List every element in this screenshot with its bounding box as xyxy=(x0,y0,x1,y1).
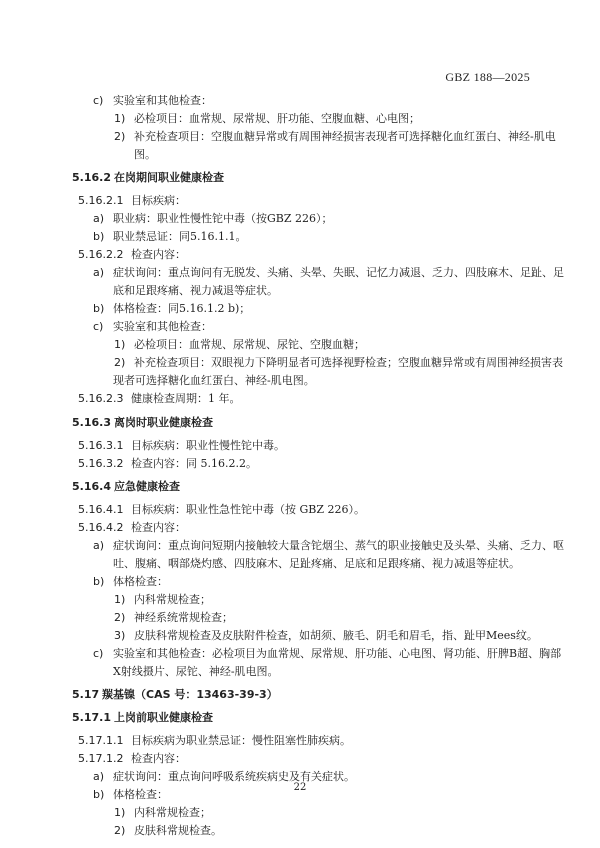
clause-number: 5.17.1.1 xyxy=(78,732,131,750)
clause-text: 健康检查周期：1 年。 xyxy=(131,392,241,405)
clause-text: 吐、腹痛、咽部烧灼感、四肢麻木、足趾疼痛、足底和足跟疼痛、视力减退等症状。 xyxy=(113,557,520,570)
clause-number: 5.16.2.2 xyxy=(78,246,131,264)
clause-text: 补充检查项目：双眼视力下降明显者可选择视野检查；空腹血糖异常或有周围神经损害表 xyxy=(134,356,563,369)
clause-number: c) xyxy=(93,318,113,336)
clause-text: 检查内容：同 5.16.2.2。 xyxy=(131,457,257,470)
text-line: 2)补充检查项目：空腹血糖异常或有周围神经损害表现者可选择糖化血红蛋白、神经-肌… xyxy=(114,128,556,146)
clause-number: c) xyxy=(93,92,113,110)
text-line: 2)皮肤科常规检查。 xyxy=(114,822,222,840)
clause-text: 目标疾病为职业禁忌证：慢性阻塞性肺疾病。 xyxy=(131,734,351,747)
clause-text: 补充检查项目：空腹血糖异常或有周围神经损害表现者可选择糖化血红蛋白、神经-肌电 xyxy=(134,130,556,143)
text-line: 5.16.3.1目标疾病：职业性慢性铊中毒。 xyxy=(78,437,285,455)
clause-number: b) xyxy=(93,228,113,246)
text-line: 现者可选择糖化血红蛋白、神经-肌电图。 xyxy=(113,372,315,390)
clause-number: 2) xyxy=(114,822,134,840)
clause-number: a) xyxy=(93,537,113,555)
clause-text: 羰基镍（CAS 号：13463-39-3） xyxy=(102,688,278,701)
page-number: 22 xyxy=(0,782,600,793)
clause-text: 职业禁忌证：同5.16.1.1。 xyxy=(113,230,246,243)
text-line: 3)皮肤科常规检查及皮肤附件检查，如胡须、腋毛、阴毛和眉毛，指、趾甲Mees纹。 xyxy=(114,627,538,645)
clause-number: 5.16.4 xyxy=(72,478,114,496)
clause-text: 实验室和其他检查： xyxy=(113,94,212,107)
clause-text: 体格检查： xyxy=(113,575,168,588)
clause-text: 神经系统常规检查； xyxy=(134,611,233,624)
text-line: a)症状询问：重点询问短期内接触较大量含铊烟尘、蒸气的职业接触史及头晕、头痛、乏… xyxy=(93,537,564,555)
text-line: 1)内科常规检查； xyxy=(114,591,211,609)
text-line: 2)补充检查项目：双眼视力下降明显者可选择视野检查；空腹血糖异常或有周围神经损害… xyxy=(114,354,563,372)
text-line: c)实验室和其他检查： xyxy=(93,318,212,336)
clause-number: 3) xyxy=(114,627,134,645)
clause-text: 体格检查：同5.16.1.2 b)； xyxy=(113,302,250,315)
clause-text: 检查内容： xyxy=(131,752,186,765)
section-heading: 5.16.2在岗期间职业健康检查 xyxy=(72,169,224,187)
clause-number: 2) xyxy=(114,128,134,146)
clause-number: 1) xyxy=(114,591,134,609)
clause-text: 在岗期间职业健康检查 xyxy=(114,171,224,184)
clause-text: 皮肤科常规检查及皮肤附件检查，如胡须、腋毛、阴毛和眉毛，指、趾甲Mees纹。 xyxy=(134,629,538,642)
clause-text: 图。 xyxy=(134,148,156,161)
clause-number: 5.16.3.2 xyxy=(78,455,131,473)
text-line: 1)必检项目：血常规、尿常规、肝功能、空腹血糖、心电图； xyxy=(114,110,420,128)
clause-text: 皮肤科常规检查。 xyxy=(134,824,222,837)
clause-number: 5.16.3 xyxy=(72,414,114,432)
clause-text: 目标疾病： xyxy=(131,194,186,207)
clause-text: 职业病：职业性慢性铊中毒（按GBZ 226）； xyxy=(113,212,333,225)
clause-text: 检查内容： xyxy=(131,521,186,534)
text-line: 2)神经系统常规检查； xyxy=(114,609,233,627)
clause-text: 目标疾病：职业性急性铊中毒（按 GBZ 226）。 xyxy=(131,503,365,516)
text-line: 5.17.1.1目标疾病为职业禁忌证：慢性阻塞性肺疾病。 xyxy=(78,732,351,750)
text-line: 图。 xyxy=(134,146,156,164)
clause-number: 1) xyxy=(114,804,134,822)
clause-number: 5.17.1 xyxy=(72,709,114,727)
text-line: 吐、腹痛、咽部烧灼感、四肢麻木、足趾疼痛、足底和足跟疼痛、视力减退等症状。 xyxy=(113,555,520,573)
clause-text: 实验室和其他检查：必检项目为血常规、尿常规、肝功能、心电图、肾功能、肝脾B超、胸… xyxy=(113,647,561,660)
text-line: X射线摄片、尿铊、神经-肌电图。 xyxy=(113,663,279,681)
text-line: b)体格检查： xyxy=(93,573,168,591)
text-line: c)实验室和其他检查： xyxy=(93,92,212,110)
text-line: 5.16.2.2检查内容： xyxy=(78,246,186,264)
clause-number: 2) xyxy=(114,354,134,372)
text-line: a)职业病：职业性慢性铊中毒（按GBZ 226）； xyxy=(93,210,333,228)
clause-number: 1) xyxy=(114,110,134,128)
clause-number: 5.16.3.1 xyxy=(78,437,131,455)
text-line: b)体格检查：同5.16.1.2 b)； xyxy=(93,300,250,318)
clause-text: 离岗时职业健康检查 xyxy=(114,416,213,429)
clause-text: 内科常规检查； xyxy=(134,806,211,819)
text-line: 5.16.2.3健康检查周期：1 年。 xyxy=(78,390,241,408)
clause-text: 必检项目：血常规、尿常规、肝功能、空腹血糖、心电图； xyxy=(134,112,420,125)
clause-number: c) xyxy=(93,645,113,663)
text-line: 底和足跟疼痛、视力减退等症状。 xyxy=(113,282,278,300)
clause-number: b) xyxy=(93,300,113,318)
clause-text: 上岗前职业健康检查 xyxy=(114,711,213,724)
text-line: 5.17.1.2检查内容： xyxy=(78,750,186,768)
text-line: 5.16.2.1目标疾病： xyxy=(78,192,186,210)
clause-number: 5.16.2.1 xyxy=(78,192,131,210)
clause-number: a) xyxy=(93,264,113,282)
text-line: c)实验室和其他检查：必检项目为血常规、尿常规、肝功能、心电图、肾功能、肝脾B超… xyxy=(93,645,561,663)
clause-number: a) xyxy=(93,210,113,228)
clause-text: 症状询问：重点询问有无脱发、头痛、头晕、失眠、记忆力减退、乏力、四肢麻木、足趾、… xyxy=(113,266,564,279)
clause-text: X射线摄片、尿铊、神经-肌电图。 xyxy=(113,665,279,678)
clause-text: 目标疾病：职业性慢性铊中毒。 xyxy=(131,439,285,452)
clause-text: 内科常规检查； xyxy=(134,593,211,606)
clause-number: b) xyxy=(93,573,113,591)
clause-text: 底和足跟疼痛、视力减退等症状。 xyxy=(113,284,278,297)
clause-text: 现者可选择糖化血红蛋白、神经-肌电图。 xyxy=(113,374,315,387)
clause-text: 实验室和其他检查： xyxy=(113,320,212,333)
clause-number: 5.16.2 xyxy=(72,169,114,187)
clause-number: 2) xyxy=(114,609,134,627)
clause-number: 5.16.4.1 xyxy=(78,501,131,519)
clause-number: 1) xyxy=(114,336,134,354)
clause-number: 5.16.2.3 xyxy=(78,390,131,408)
clause-number: 5.17.1.2 xyxy=(78,750,131,768)
text-line: 5.16.3.2检查内容：同 5.16.2.2。 xyxy=(78,455,257,473)
text-line: a)症状询问：重点询问有无脱发、头痛、头晕、失眠、记忆力减退、乏力、四肢麻木、足… xyxy=(93,264,564,282)
standard-code-header: GBZ 188—2025 xyxy=(445,70,530,85)
clause-number: 5.16.4.2 xyxy=(78,519,131,537)
clause-text: 检查内容： xyxy=(131,248,186,261)
section-heading: 5.16.3离岗时职业健康检查 xyxy=(72,414,213,432)
clause-text: 必检项目：血常规、尿常规、尿铊、空腹血糖； xyxy=(134,338,365,351)
text-line: 1)必检项目：血常规、尿常规、尿铊、空腹血糖； xyxy=(114,336,365,354)
text-line: 5.16.4.1目标疾病：职业性急性铊中毒（按 GBZ 226）。 xyxy=(78,501,365,519)
clause-text: 症状询问：重点询问短期内接触较大量含铊烟尘、蒸气的职业接触史及头晕、头痛、乏力、… xyxy=(113,539,564,552)
clause-text: 应急健康检查 xyxy=(114,480,180,493)
text-line: 5.16.4.2检查内容： xyxy=(78,519,186,537)
text-line: 1)内科常规检查； xyxy=(114,804,211,822)
section-heading: 5.17羰基镍（CAS 号：13463-39-3） xyxy=(72,686,278,704)
section-heading: 5.16.4应急健康检查 xyxy=(72,478,180,496)
clause-number: 5.17 xyxy=(72,686,102,704)
section-heading: 5.17.1上岗前职业健康检查 xyxy=(72,709,213,727)
text-line: b)职业禁忌证：同5.16.1.1。 xyxy=(93,228,246,246)
